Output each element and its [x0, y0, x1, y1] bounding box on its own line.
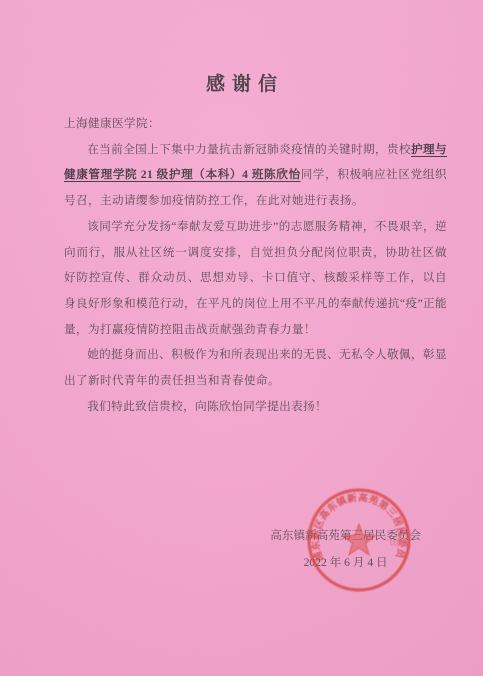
- paragraph-1-lead: 在当前全国上下集中力量抗击新冠肺炎疫情的关键时期，贵校: [87, 143, 411, 156]
- paragraph-1: 在当前全国上下集中力量抗击新冠肺炎疫情的关键时期，贵校护理与健康管理学院 21 …: [64, 137, 447, 214]
- paragraph-4: 我们特此致信贵校，向陈欣怡同学提出表扬！: [64, 394, 447, 420]
- letter-body: 上海健康医学院： 在当前全国上下集中力量抗击新冠肺炎疫情的关键时期，贵校护理与健…: [64, 111, 447, 419]
- signature-block: 高东镇新高苑第三居民委员会 2022 年 6 月 4 日: [270, 522, 421, 576]
- paragraph-2: 该同学充分发扬“奉献友爱互助进步”的志愿服务精神，不畏艰辛，逆向而行，服从社区统…: [64, 214, 447, 343]
- letter-title: 感谢信: [0, 0, 483, 96]
- letter-page: 感谢信 上海健康医学院： 在当前全国上下集中力量抗击新冠肺炎疫情的关键时期，贵校…: [0, 0, 483, 676]
- signature-date: 2022 年 6 月 4 日: [270, 549, 421, 576]
- signature-committee: 高东镇新高苑第三居民委员会: [270, 522, 421, 549]
- paragraph-3: 她的挺身而出、积极作为和所表现出来的无畏、无私令人敬佩，彰显出了新时代青年的责任…: [64, 342, 447, 393]
- letter-salutation: 上海健康医学院：: [64, 111, 447, 137]
